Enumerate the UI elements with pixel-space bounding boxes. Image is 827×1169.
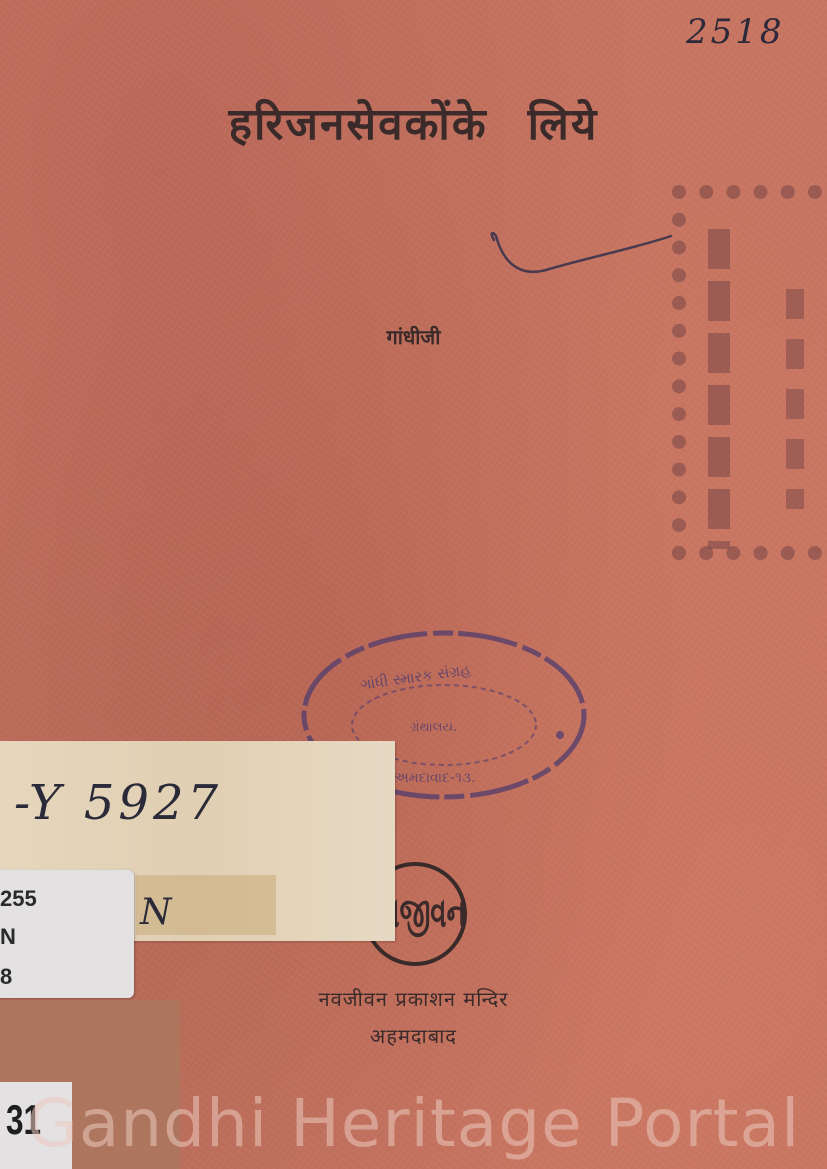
pen-stroke-mark — [486, 228, 676, 288]
title-word-1: हरिजनसेवकोंके — [229, 92, 488, 152]
faded-library-stamp — [672, 185, 822, 560]
stamp-bottom-text: અમદાવાદ-૧૩. — [394, 770, 476, 786]
call-number-line-1: 255 — [0, 886, 37, 912]
title-word-2: लिये — [528, 92, 599, 152]
handwritten-catalog-number: -Y 5927 — [14, 775, 222, 831]
stamp-inner-text: ગ્રંથાલય. — [410, 720, 457, 735]
book-cover: 2518 हरिजनसेवकोंकेलिये गांधीजी ગાંધી સ્મ… — [0, 0, 827, 1169]
author-name: गांधीजी — [0, 323, 827, 350]
watermark: Gandhi Heritage Portal — [0, 1085, 827, 1162]
book-title: हरिजनसेवकोंकेलिये — [0, 92, 827, 152]
call-number-line-2: N — [0, 924, 16, 950]
handwritten-letter: N — [140, 892, 172, 933]
call-number-label: 255 N 8 — [0, 870, 134, 998]
handwritten-accession-number: 2518 — [686, 12, 785, 52]
